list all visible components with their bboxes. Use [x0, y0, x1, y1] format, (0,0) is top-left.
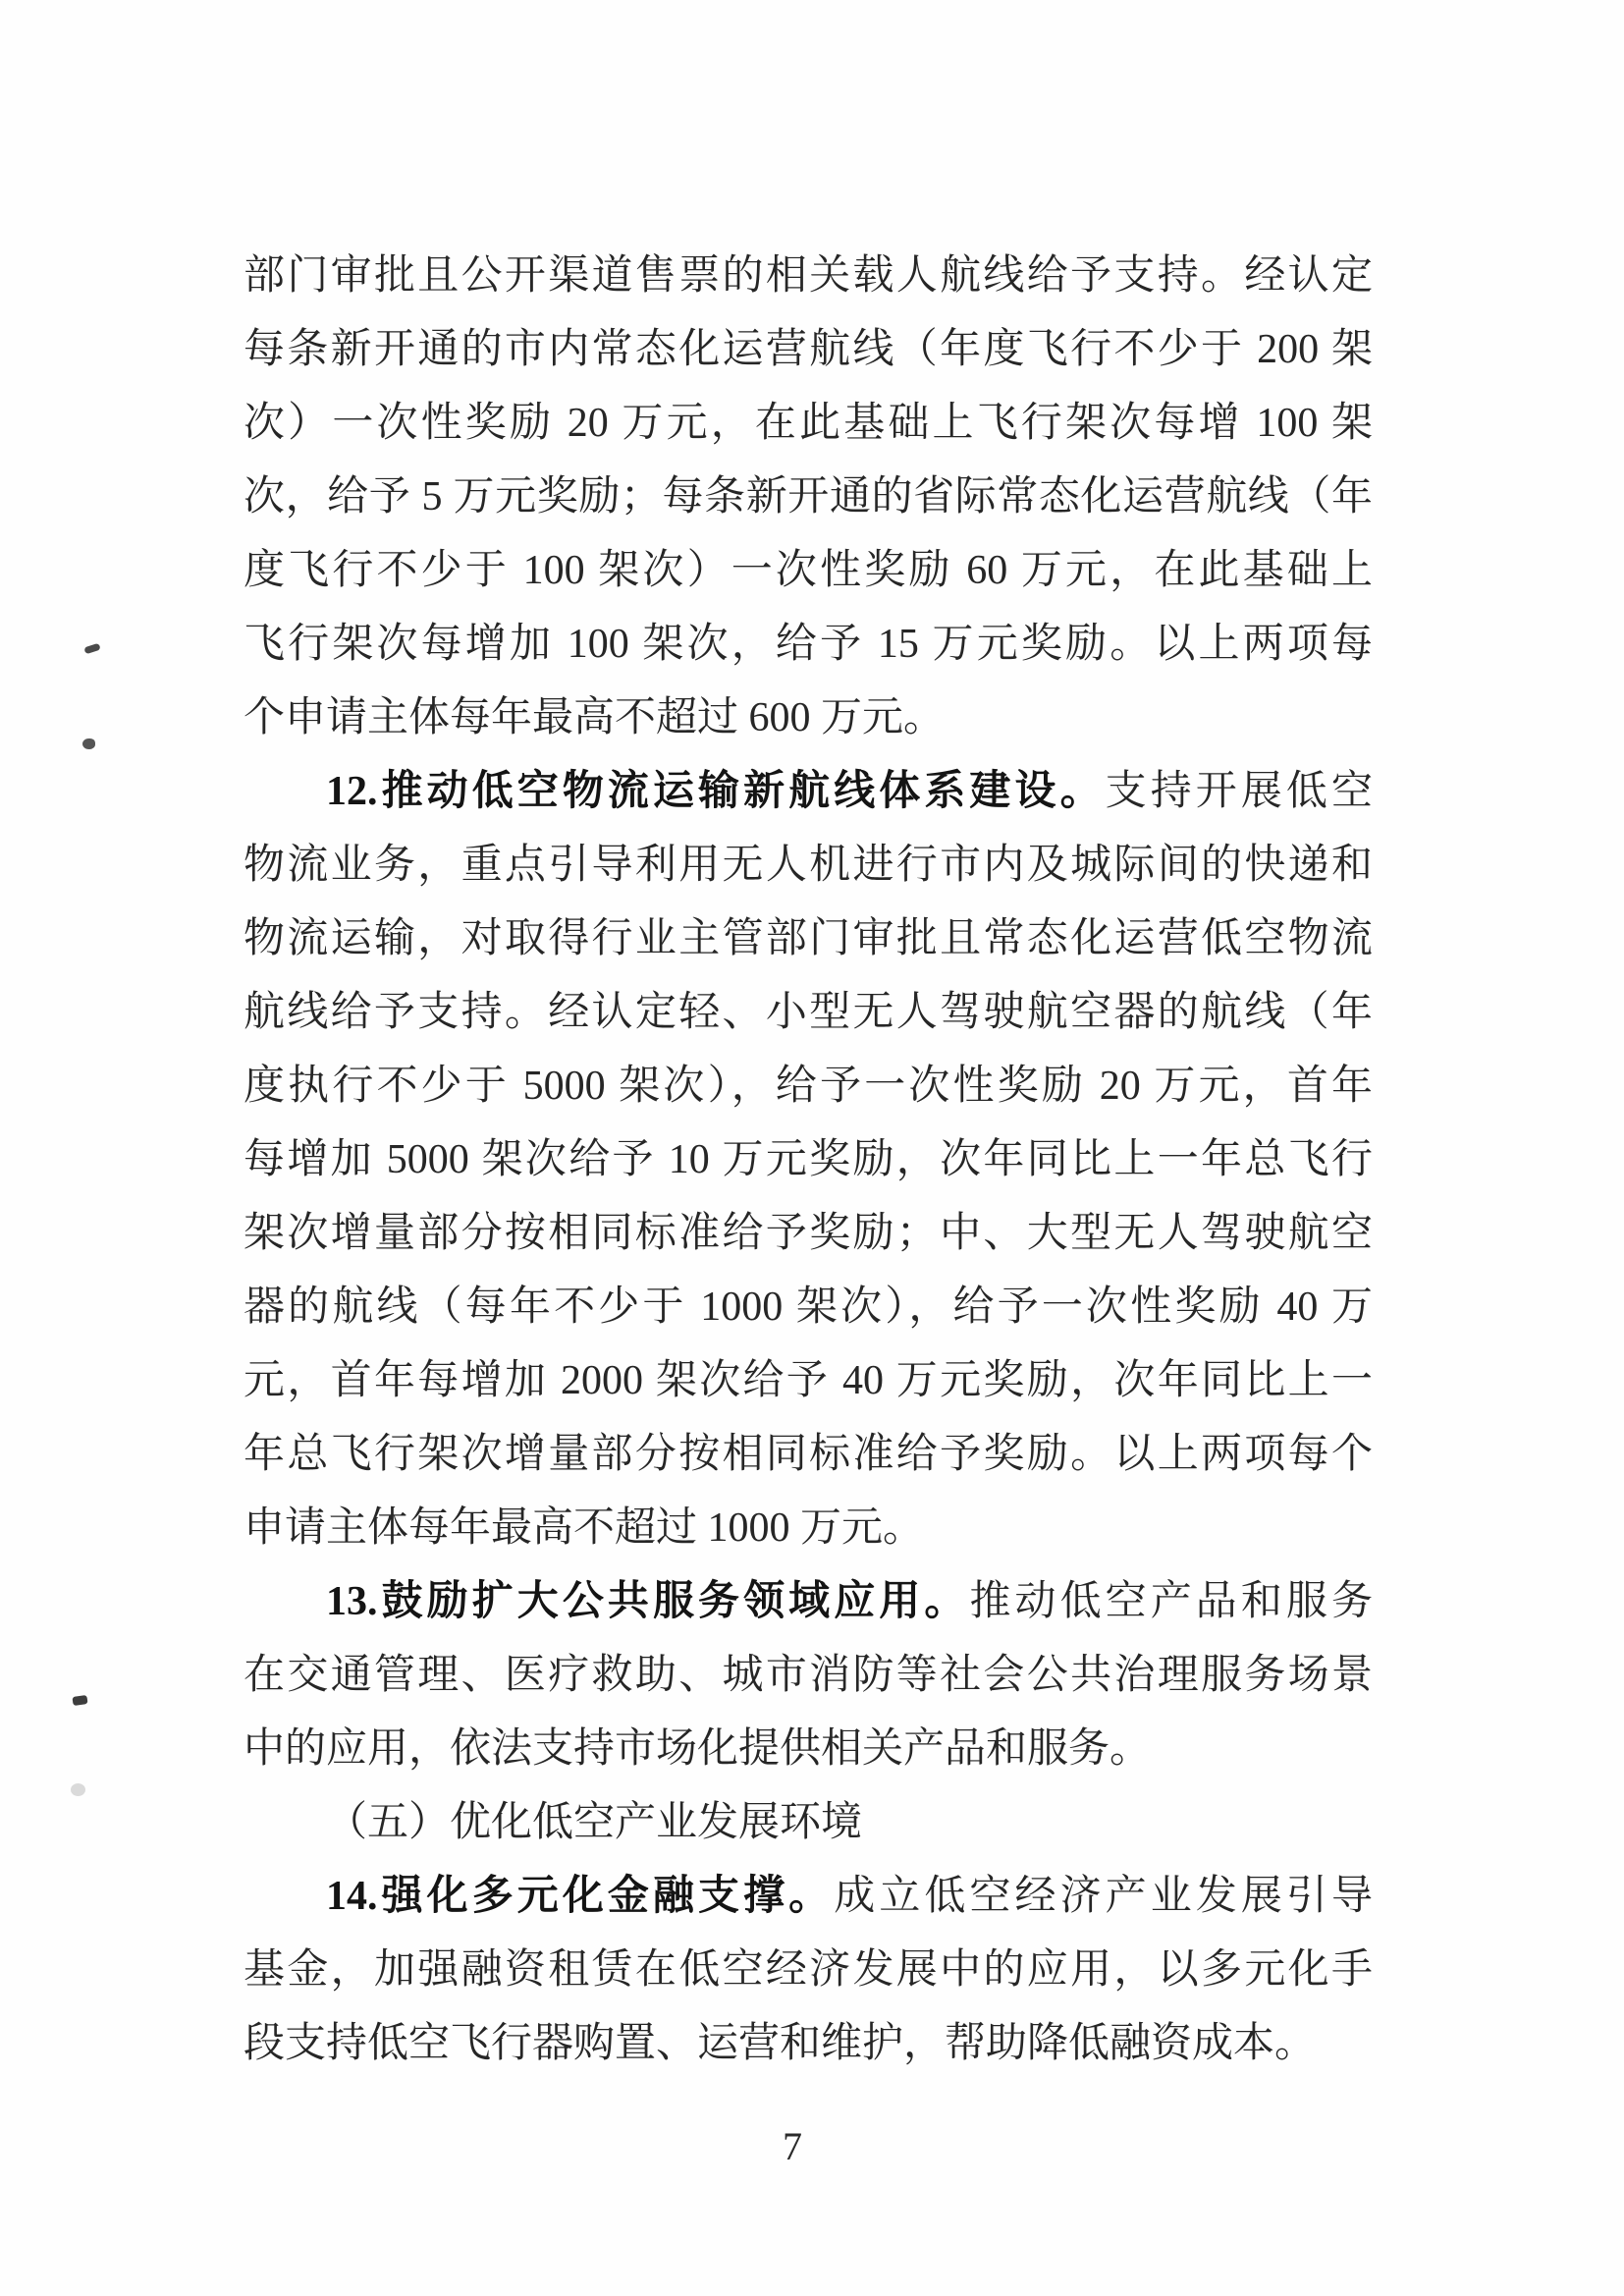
text-run: 器的航线（每年不少于 1000 架次），给予一次性奖励 40 万	[244, 1285, 1373, 1330]
text-run: 次，给予 5 万元奖励；每条新开通的省际常态化运营航线（年	[244, 474, 1373, 519]
para-13: 13.鼓励扩大公共服务领域应用。推动低空产品和服务在交通管理、医疗救助、城市消防…	[244, 1565, 1373, 1786]
text-line: 13.鼓励扩大公共服务领域应用。推动低空产品和服务	[244, 1565, 1373, 1639]
ink-smudge	[82, 738, 95, 749]
text-line: 每条新开通的市内常态化运营航线（年度飞行不少于 200 架	[244, 313, 1373, 387]
para-11-continuation: 部门审批且公开渠道售票的相关载人航线给予支持。经认定每条新开通的市内常态化运营航…	[244, 240, 1373, 755]
item-heading-run: 12.推动低空物流运输新航线体系建设。	[326, 769, 1106, 814]
text-run: 每条新开通的市内常态化运营航线（年度飞行不少于 200 架	[244, 327, 1373, 372]
text-run: 申请主体每年最高不超过 1000 万元。	[244, 1505, 924, 1551]
text-line: 航线给予支持。经认定轻、小型无人驾驶航空器的航线（年	[244, 976, 1373, 1050]
text-line: 元，首年每增加 2000 架次给予 40 万元奖励，次年同比上一	[244, 1344, 1373, 1418]
para-section-5-heading: （五）优化低空产业发展环境	[244, 1786, 1373, 1860]
text-run: 每增加 5000 架次给予 10 万元奖励，次年同比上一年总飞行	[244, 1137, 1373, 1182]
text-run: 段支持低空飞行器购置、运营和维护，帮助降低融资成本。	[244, 2021, 1316, 2066]
text-run: 推动低空产品和服务	[969, 1579, 1373, 1624]
text-run: （五）优化低空产业发展环境	[326, 1800, 862, 1845]
text-run: 年总飞行架次增量部分按相同标准给予奖励。以上两项每个	[244, 1432, 1373, 1477]
text-line: 每增加 5000 架次给予 10 万元奖励，次年同比上一年总飞行	[244, 1123, 1373, 1197]
item-heading-run: 13.鼓励扩大公共服务领域应用。	[326, 1579, 969, 1624]
text-run: 次）一次性奖励 20 万元，在此基础上飞行架次每增 100 架	[244, 401, 1373, 446]
text-line: 物流运输，对取得行业主管部门审批且常态化运营低空物流	[244, 902, 1373, 976]
para-14: 14.强化多元化金融支撑。成立低空经济产业发展引导基金，加强融资租赁在低空经济发…	[244, 1860, 1373, 2081]
text-run: 中的应用，依法支持市场化提供相关产品和服务。	[244, 1726, 1151, 1772]
text-line: 次）一次性奖励 20 万元，在此基础上飞行架次每增 100 架	[244, 387, 1373, 461]
text-line: 申请主体每年最高不超过 1000 万元。	[244, 1492, 1373, 1565]
text-line: 年总飞行架次增量部分按相同标准给予奖励。以上两项每个	[244, 1418, 1373, 1492]
text-line: 个申请主体每年最高不超过 600 万元。	[244, 682, 1373, 755]
text-line: 器的航线（每年不少于 1000 架次），给予一次性奖励 40 万	[244, 1271, 1373, 1344]
text-run: 飞行架次每增加 100 架次，给予 15 万元奖励。以上两项每	[244, 622, 1373, 667]
text-line: 次，给予 5 万元奖励；每条新开通的省际常态化运营航线（年	[244, 461, 1373, 534]
page-number: 7	[753, 2123, 832, 2170]
text-run: 度执行不少于 5000 架次），给予一次性奖励 20 万元，首年	[244, 1064, 1373, 1109]
text-run: 成立低空经济产业发展引导	[834, 1874, 1373, 1919]
text-run: 基金，加强融资租赁在低空经济发展中的应用，以多元化手	[244, 1947, 1373, 1993]
text-line: 度飞行不少于 100 架次）一次性奖励 60 万元，在此基础上	[244, 534, 1373, 608]
text-line: 14.强化多元化金融支撑。成立低空经济产业发展引导	[244, 1860, 1373, 1934]
para-12: 12.推动低空物流运输新航线体系建设。支持开展低空物流业务，重点引导利用无人机进…	[244, 755, 1373, 1565]
text-run: 度飞行不少于 100 架次）一次性奖励 60 万元，在此基础上	[244, 548, 1373, 593]
text-line: 段支持低空飞行器购置、运营和维护，帮助降低融资成本。	[244, 2007, 1373, 2081]
text-line: 在交通管理、医疗救助、城市消防等社会公共治理服务场景	[244, 1639, 1373, 1713]
text-run: 航线给予支持。经认定轻、小型无人驾驶航空器的航线（年	[244, 990, 1373, 1035]
text-line: 架次增量部分按相同标准给予奖励；中、大型无人驾驶航空	[244, 1197, 1373, 1271]
text-run: 物流业务，重点引导利用无人机进行市内及城际间的快递和	[244, 843, 1373, 888]
text-line: 中的应用，依法支持市场化提供相关产品和服务。	[244, 1713, 1373, 1786]
ink-smudge	[72, 1695, 87, 1706]
item-heading-run: 14.强化多元化金融支撑。	[326, 1874, 834, 1919]
text-line: 部门审批且公开渠道售票的相关载人航线给予支持。经认定	[244, 240, 1373, 313]
text-line: 度执行不少于 5000 架次），给予一次性奖励 20 万元，首年	[244, 1050, 1373, 1123]
document-page: 部门审批且公开渠道售票的相关载人航线给予支持。经认定每条新开通的市内常态化运营航…	[0, 0, 1624, 2296]
text-run: 支持开展低空	[1106, 769, 1373, 814]
text-line: 飞行架次每增加 100 架次，给予 15 万元奖励。以上两项每	[244, 608, 1373, 682]
text-run: 架次增量部分按相同标准给予奖励；中、大型无人驾驶航空	[244, 1211, 1373, 1256]
text-line: 12.推动低空物流运输新航线体系建设。支持开展低空	[244, 755, 1373, 829]
text-line: （五）优化低空产业发展环境	[244, 1786, 1373, 1860]
text-line: 物流业务，重点引导利用无人机进行市内及城际间的快递和	[244, 829, 1373, 902]
text-run: 在交通管理、医疗救助、城市消防等社会公共治理服务场景	[244, 1653, 1373, 1698]
text-run: 元，首年每增加 2000 架次给予 40 万元奖励，次年同比上一	[244, 1358, 1373, 1403]
text-run: 部门审批且公开渠道售票的相关载人航线给予支持。经认定	[244, 253, 1373, 299]
ink-smudge	[83, 643, 100, 655]
text-run: 物流运输，对取得行业主管部门审批且常态化运营低空物流	[244, 916, 1373, 961]
ink-smudge	[71, 1783, 85, 1796]
text-block: 部门审批且公开渠道售票的相关载人航线给予支持。经认定每条新开通的市内常态化运营航…	[244, 240, 1373, 2081]
text-run: 个申请主体每年最高不超过 600 万元。	[244, 695, 945, 740]
text-line: 基金，加强融资租赁在低空经济发展中的应用，以多元化手	[244, 1934, 1373, 2007]
